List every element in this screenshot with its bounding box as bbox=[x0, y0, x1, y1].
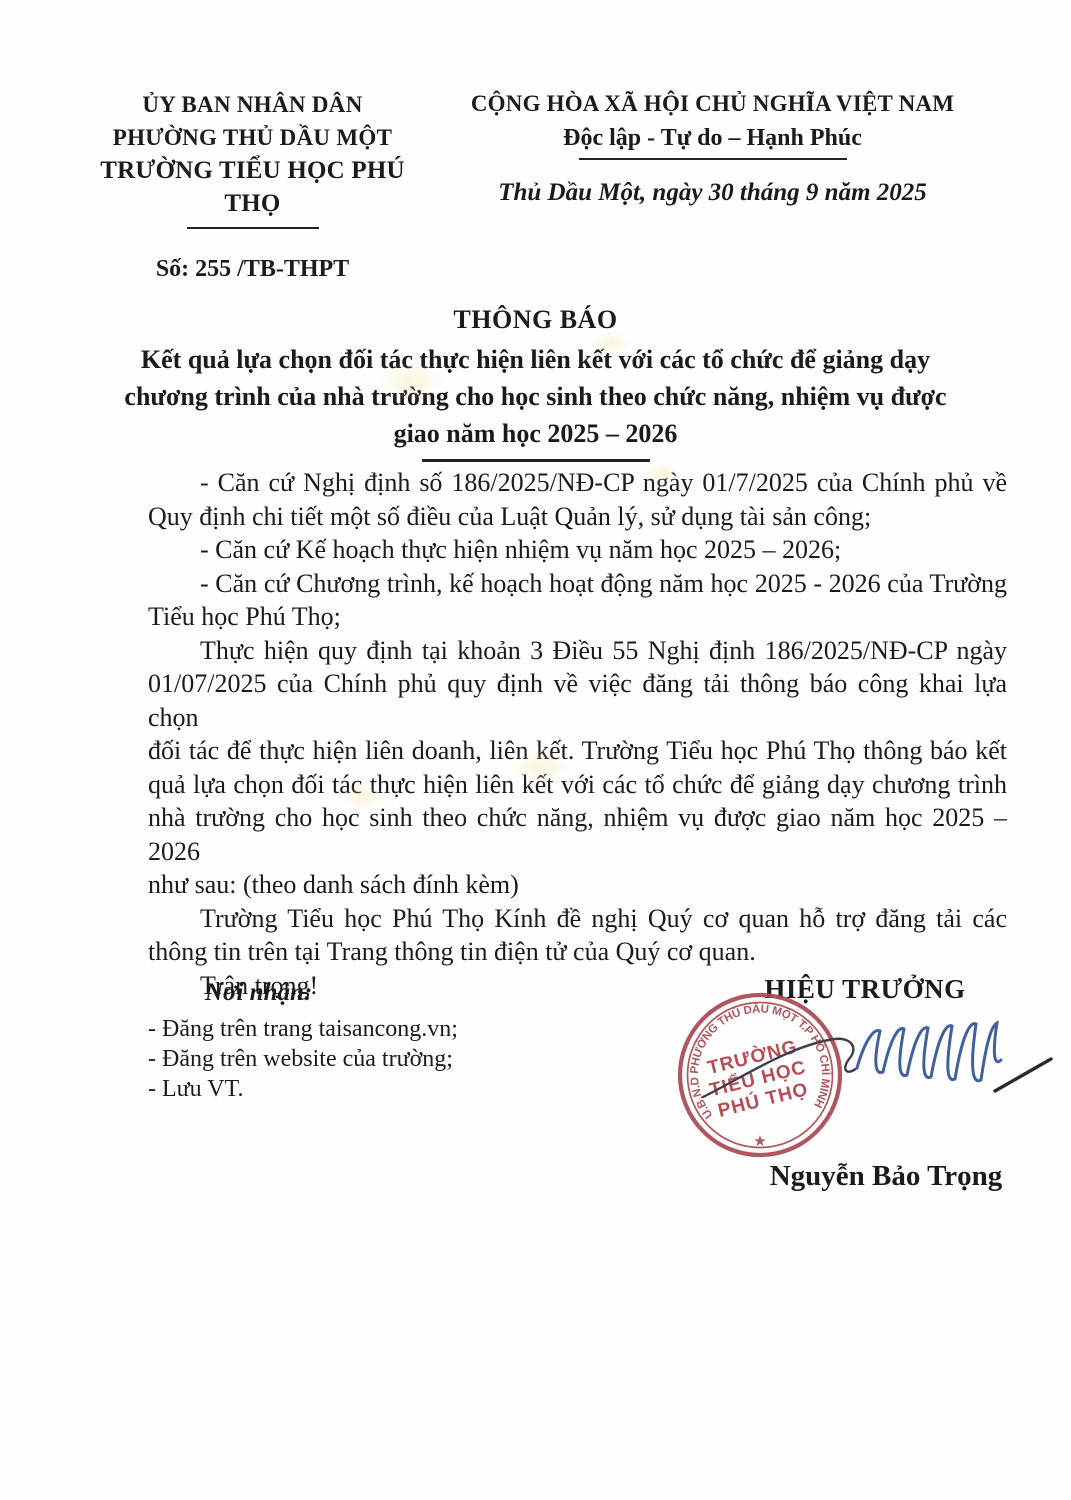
notice-subtitle-line1: Kết quả lựa chọn đối tác thực hiện liên … bbox=[86, 341, 986, 378]
notice-body: - Căn cứ Nghị định số 186/2025/NĐ-CP ngà… bbox=[148, 466, 1007, 1002]
date-place-line: Thủ Dầu Một, ngày 30 tháng 9 năm 2025 bbox=[455, 177, 970, 209]
recipient-item: - Đăng trên trang taisancong.vn; bbox=[148, 1014, 458, 1044]
org-parent-name: ỦY BAN NHÂN DÂN bbox=[85, 88, 420, 121]
body-line: - Căn cứ Kế hoạch thực hiện nhiệm vụ năm… bbox=[148, 533, 1007, 567]
stamp-star-icon: ★ bbox=[753, 1133, 766, 1150]
notice-subtitle-line2: chương trình của nhà trường cho học sinh… bbox=[86, 378, 986, 415]
notice-subtitle: Kết quả lựa chọn đối tác thực hiện liên … bbox=[86, 341, 986, 452]
body-line: Tiểu học Phú Thọ; bbox=[148, 600, 1007, 634]
body-line: Thực hiện quy định tại khoản 3 Điều 55 N… bbox=[148, 634, 1007, 668]
recipients-label: Nơi nhận: bbox=[148, 978, 458, 1008]
body-line: Quy định chi tiết một số điều của Luật Q… bbox=[148, 500, 1007, 534]
recipient-item: - Lưu VT. bbox=[148, 1074, 458, 1104]
org-district-name: PHƯỜNG THỦ DẦU MỘT bbox=[85, 121, 420, 154]
signature-lead-stroke bbox=[703, 1039, 857, 1097]
body-line: Trường Tiểu học Phú Thọ Kính đề nghị Quý… bbox=[148, 902, 1007, 936]
signature-flourish-stroke bbox=[995, 1059, 1051, 1091]
scanned-document-page: ỦY BAN NHÂN DÂN PHƯỜNG THỦ DẦU MỘT TRƯỜN… bbox=[0, 0, 1071, 1500]
title-divider bbox=[422, 459, 650, 462]
body-line: 01/07/2025 của Chính phủ quy định về việ… bbox=[148, 667, 1007, 734]
notice-title-block: THÔNG BÁO Kết quả lựa chọn đối tác thực … bbox=[0, 305, 1071, 462]
notice-heading: THÔNG BÁO bbox=[0, 305, 1071, 335]
body-line: đối tác để thực hiện liên doanh, liên kế… bbox=[148, 734, 1007, 768]
national-motto-line2: Độc lập - Tự do – Hạnh Phúc bbox=[455, 122, 970, 154]
handwritten-signature bbox=[695, 1000, 1071, 1115]
notice-subtitle-line3: giao năm học 2025 – 2026 bbox=[86, 415, 986, 452]
org-divider bbox=[187, 227, 319, 229]
body-line: như sau: (theo danh sách đính kèm) bbox=[148, 868, 1007, 902]
national-motto-line1: CỘNG HÒA XÃ HỘI CHỦ NGHĨA VIỆT NAM bbox=[455, 88, 970, 120]
body-line: nhà trường cho học sinh theo chức năng, … bbox=[148, 801, 1007, 868]
issuing-org-block: ỦY BAN NHÂN DÂN PHƯỜNG THỦ DẦU MỘT TRƯỜN… bbox=[85, 88, 420, 286]
doc-number: Số: 255 /TB-THPT bbox=[85, 253, 420, 286]
body-line: quả lựa chọn đối tác thực hiện liên kết … bbox=[148, 768, 1007, 802]
body-line: - Căn cứ Nghị định số 186/2025/NĐ-CP ngà… bbox=[148, 466, 1007, 500]
body-line: - Căn cứ Chương trình, kế hoạch hoạt độn… bbox=[148, 567, 1007, 601]
national-header-block: CỘNG HÒA XÃ HỘI CHỦ NGHĨA VIỆT NAM Độc l… bbox=[455, 88, 970, 209]
signature-loops-stroke bbox=[857, 1023, 1001, 1081]
body-line: thông tin trên tại Trang thông tin điện … bbox=[148, 935, 1007, 969]
org-school-name: TRƯỜNG TIỂU HỌC PHÚ THỌ bbox=[85, 154, 420, 220]
recipient-item: - Đăng trên website của trường; bbox=[148, 1044, 458, 1074]
motto-divider bbox=[579, 158, 847, 160]
recipients-block: Nơi nhận: - Đăng trên trang taisancong.v… bbox=[148, 978, 458, 1104]
